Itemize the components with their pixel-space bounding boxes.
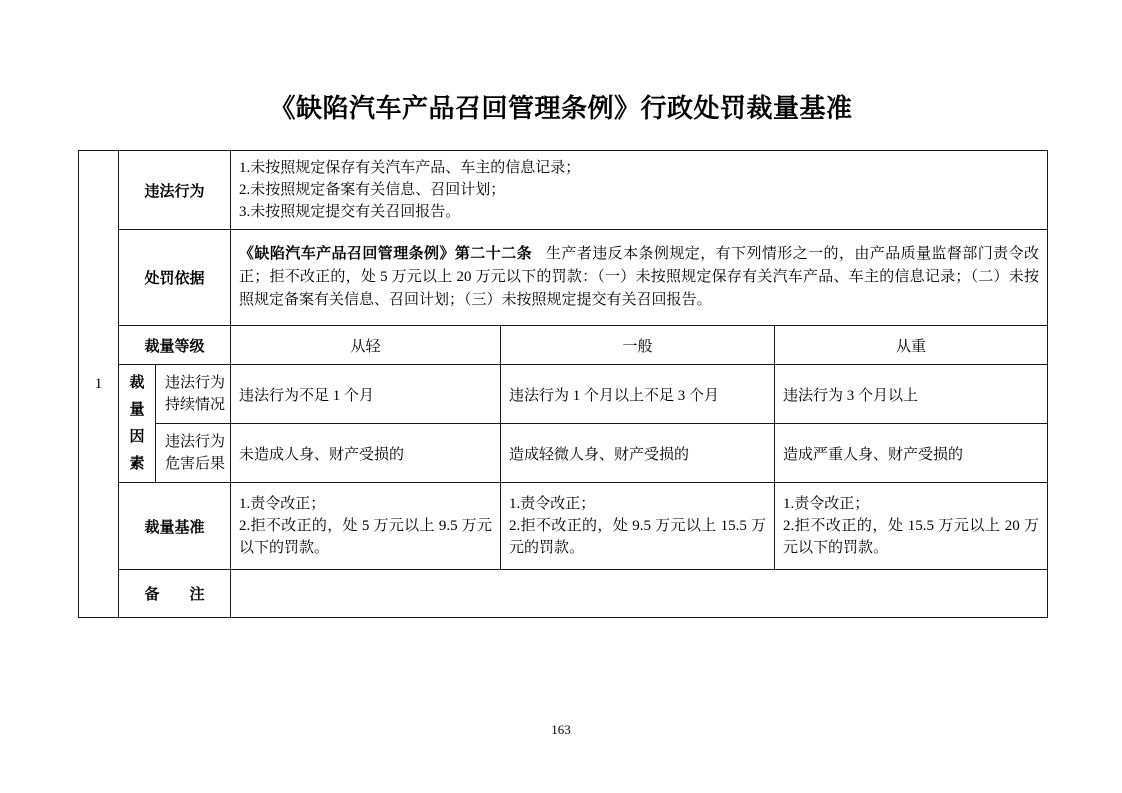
table-row-remark: 备 注 (79, 570, 1048, 618)
benchmark-cell-general: 1.责令改正； 2.拒不改正的，处 9.5 万元以上 15.5 万元的罚款。 (501, 483, 775, 570)
table-row-grade-levels: 裁量等级 从轻 一般 从重 (79, 326, 1048, 365)
illegal-act-item-3: 3.未按照规定提交有关召回报告。 (239, 201, 1039, 223)
row-index-cell: 1 (79, 151, 119, 618)
duration-cell-heavy: 违法行为 3 个月以上 (775, 365, 1048, 424)
benchmark-cell-light: 1.责令改正； 2.拒不改正的，处 5 万元以上 9.5 万元以下的罚款。 (231, 483, 501, 570)
level-header-heavy: 从重 (775, 326, 1048, 365)
level-header-light: 从轻 (231, 326, 501, 365)
factor-duration-label: 违法行为持续情况 (156, 365, 231, 424)
consequence-cell-light: 未造成人身、财产受损的 (231, 424, 501, 483)
penalty-discretion-table: 1 违法行为 1.未按照规定保存有关汽车产品、车主的信息记录； 2.未按照规定备… (78, 150, 1048, 618)
table-row-factor-duration: 裁量因素 违法行为持续情况 违法行为不足 1 个月 违法行为 1 个月以上不足 … (79, 365, 1048, 424)
penalty-basis-paragraph: 《缺陷汽车产品召回管理条例》第二十二条生产者违反本条例规定，有下列情形之一的，由… (239, 243, 1039, 312)
penalty-basis-citation: 《缺陷汽车产品召回管理条例》第二十二条 (239, 246, 532, 262)
remark-label: 备 注 (119, 570, 231, 618)
factor-consequence-label: 违法行为危害后果 (156, 424, 231, 483)
benchmark-cell-heavy: 1.责令改正； 2.拒不改正的，处 15.5 万元以上 20 万元以下的罚款。 (775, 483, 1048, 570)
penalty-basis-label: 处罚依据 (119, 230, 231, 326)
penalty-basis-content: 《缺陷汽车产品召回管理条例》第二十二条生产者违反本条例规定，有下列情形之一的，由… (231, 230, 1048, 326)
illegal-act-content: 1.未按照规定保存有关汽车产品、车主的信息记录； 2.未按照规定备案有关信息、召… (231, 151, 1048, 230)
page-title: 《缺陷汽车产品召回管理条例》行政处罚裁量基准 (0, 88, 1122, 125)
grade-level-label: 裁量等级 (119, 326, 231, 365)
table-row-factor-consequence: 违法行为危害后果 未造成人身、财产受损的 造成轻微人身、财产受损的 造成严重人身… (79, 424, 1048, 483)
page-number: 163 (0, 722, 1122, 738)
table-row-benchmark: 裁量基准 1.责令改正； 2.拒不改正的，处 5 万元以上 9.5 万元以下的罚… (79, 483, 1048, 570)
benchmark-label: 裁量基准 (119, 483, 231, 570)
remark-content (231, 570, 1048, 618)
document-page: 《缺陷汽车产品召回管理条例》行政处罚裁量基准 1 违法行为 1.未按照规定保存有… (0, 0, 1122, 793)
factor-group-label-text: 裁量因素 (129, 370, 146, 478)
consequence-cell-heavy: 造成严重人身、财产受损的 (775, 424, 1048, 483)
level-header-general: 一般 (501, 326, 775, 365)
duration-cell-general: 违法行为 1 个月以上不足 3 个月 (501, 365, 775, 424)
table-row-penalty-basis: 处罚依据 《缺陷汽车产品召回管理条例》第二十二条生产者违反本条例规定，有下列情形… (79, 230, 1048, 326)
duration-cell-light: 违法行为不足 1 个月 (231, 365, 501, 424)
consequence-cell-general: 造成轻微人身、财产受损的 (501, 424, 775, 483)
illegal-act-label: 违法行为 (119, 151, 231, 230)
table-row-illegal-act: 1 违法行为 1.未按照规定保存有关汽车产品、车主的信息记录； 2.未按照规定备… (79, 151, 1048, 230)
illegal-act-item-2: 2.未按照规定备案有关信息、召回计划； (239, 179, 1039, 201)
factor-group-label: 裁量因素 (119, 365, 156, 483)
illegal-act-item-1: 1.未按照规定保存有关汽车产品、车主的信息记录； (239, 157, 1039, 179)
